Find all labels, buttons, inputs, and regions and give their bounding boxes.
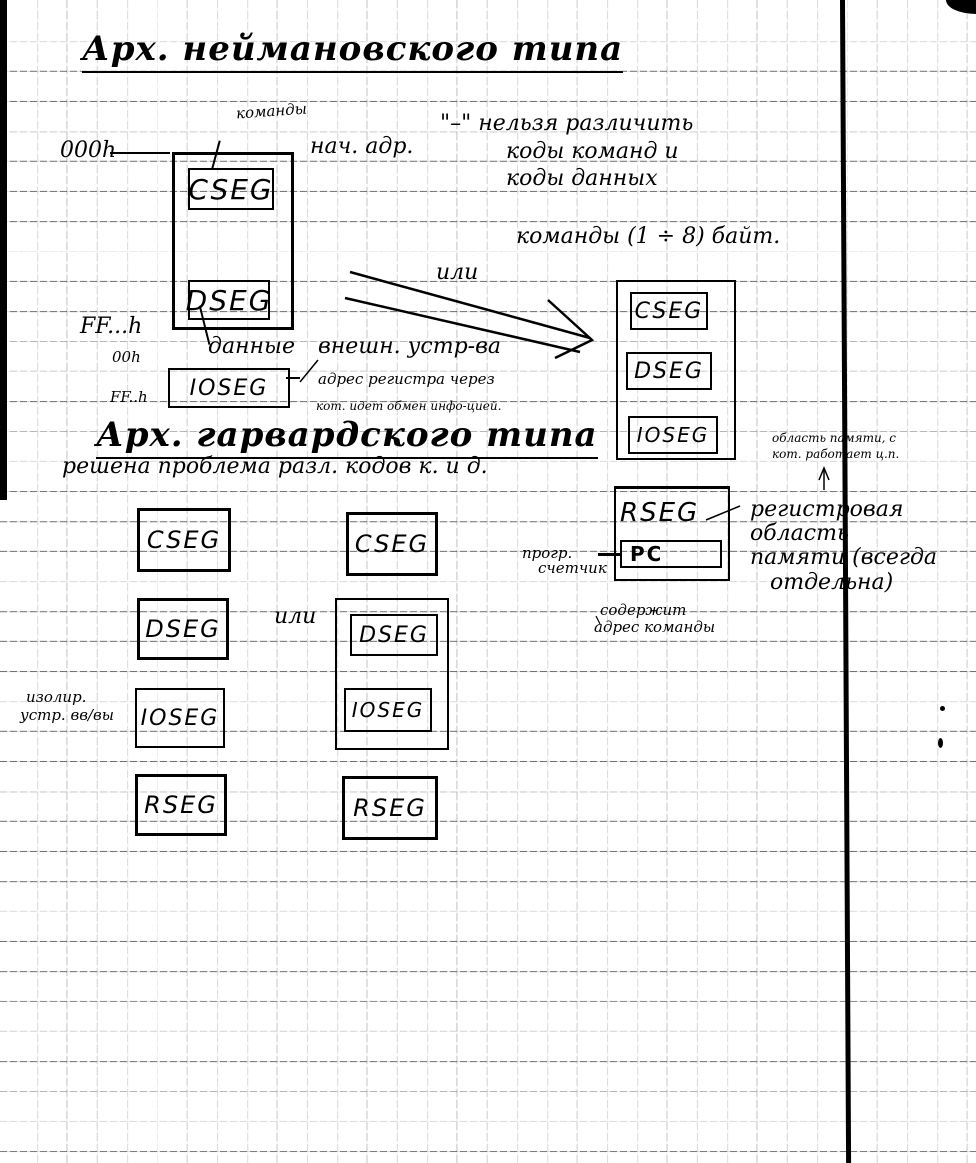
address-000h: 000h: [60, 140, 116, 162]
note-line: памяти (всегда: [750, 546, 937, 570]
segment-ioseg: IOSEG: [168, 368, 290, 408]
segment-dseg-alt: DSEG: [626, 352, 712, 390]
section-title-harvard: Арх. гарвардского типа: [96, 418, 598, 452]
program-counter-pc: PC: [620, 540, 722, 568]
harvard-segment-ioseg: IOSEG: [135, 688, 225, 748]
harvard-alt-segment-rseg: RSEG: [342, 776, 438, 840]
harvard-subtitle: решена проблема разл. кодов к. и д.: [62, 456, 488, 478]
note-line: коды данных: [440, 165, 693, 193]
segment-label: CSEG: [147, 526, 221, 554]
note-line: содержит: [594, 602, 715, 619]
address-leader-line: [110, 152, 170, 154]
note-io-address-2: кот. идет обмен инфо-цией.: [316, 400, 501, 412]
label-start-address: нач. адр.: [310, 136, 413, 158]
label-external-devices: внешн. устр-ва: [318, 336, 501, 358]
harvard-alt-segment-ioseg: IOSEG: [344, 688, 432, 732]
label-data: данные: [208, 336, 295, 358]
note-isolated-io: изолир. устр. вв/вы: [20, 688, 114, 724]
segment-label: CSEG: [188, 173, 273, 206]
note-register-area: регистровая область памяти (всегда отдел…: [750, 498, 937, 595]
note-line: изолир.: [20, 688, 114, 706]
note-line: "–" нельзя различить: [440, 110, 693, 138]
or-label-harvard: или: [274, 606, 316, 628]
segment-label: IOSEG: [190, 376, 269, 401]
segment-cseg-alt: CSEG: [630, 292, 708, 330]
segment-label: DSEG: [186, 284, 273, 317]
segment-rseg-label: RSEG: [620, 500, 699, 526]
segment-cseg: CSEG: [188, 168, 274, 210]
ink-spot: [940, 706, 945, 711]
segment-label: IOSEG: [352, 698, 424, 722]
note-cannot-distinguish: "–" нельзя различить коды команд и коды …: [440, 110, 693, 193]
address-00h: 00h: [112, 350, 141, 365]
note-command-size: команды (1 ÷ 8) байт.: [516, 226, 780, 248]
segment-label: RSEG: [353, 794, 427, 822]
note-working-memory: область памяти, с кот. работает ц.п.: [772, 430, 899, 462]
note-line: кот. работает ц.п.: [772, 446, 899, 462]
title-text: Арх. неймановского типа: [82, 29, 623, 73]
title-text: Арх. гарвардского типа: [96, 415, 598, 459]
or-label-top: или: [436, 262, 478, 284]
page-left-edge: [0, 0, 7, 500]
label-program-counter: прогр. счетчик: [522, 546, 607, 576]
note-line: область памяти, с: [772, 430, 899, 446]
note-io-address-1: адрес регистра через: [318, 372, 495, 387]
ink-spot: [938, 738, 943, 748]
harvard-segment-rseg: RSEG: [135, 774, 227, 836]
address-ff-h: FF...h: [80, 316, 142, 338]
segment-label: CSEG: [635, 299, 704, 324]
note-line: коды команд и: [440, 138, 693, 166]
harvard-segment-cseg: CSEG: [137, 508, 231, 572]
address-ffz-h: FF..h: [110, 390, 148, 405]
note-line: счетчик: [522, 561, 607, 576]
note-line: регистровая: [750, 498, 937, 522]
segment-label: CSEG: [355, 530, 429, 558]
segment-label: DSEG: [359, 623, 429, 648]
segment-label: IOSEG: [637, 423, 709, 447]
segment-label: DSEG: [634, 359, 704, 384]
segment-label: RSEG: [144, 791, 218, 819]
note-line: адрес команды: [594, 619, 715, 636]
harvard-alt-segment-cseg: CSEG: [346, 512, 438, 576]
label-contains-command-address: содержит адрес команды: [594, 602, 715, 637]
segment-ioseg-alt: IOSEG: [628, 416, 718, 454]
harvard-segment-dseg: DSEG: [137, 598, 229, 660]
note-line: отдельна): [750, 571, 937, 595]
segment-label: DSEG: [145, 615, 220, 643]
segment-label: IOSEG: [141, 706, 220, 731]
pc-label: PC: [630, 542, 663, 566]
note-line: устр. вв/вы: [20, 706, 114, 724]
note-line: область: [750, 522, 937, 546]
harvard-alt-segment-dseg: DSEG: [350, 614, 438, 656]
section-title-von-neumann: Арх. неймановского типа: [82, 32, 623, 66]
